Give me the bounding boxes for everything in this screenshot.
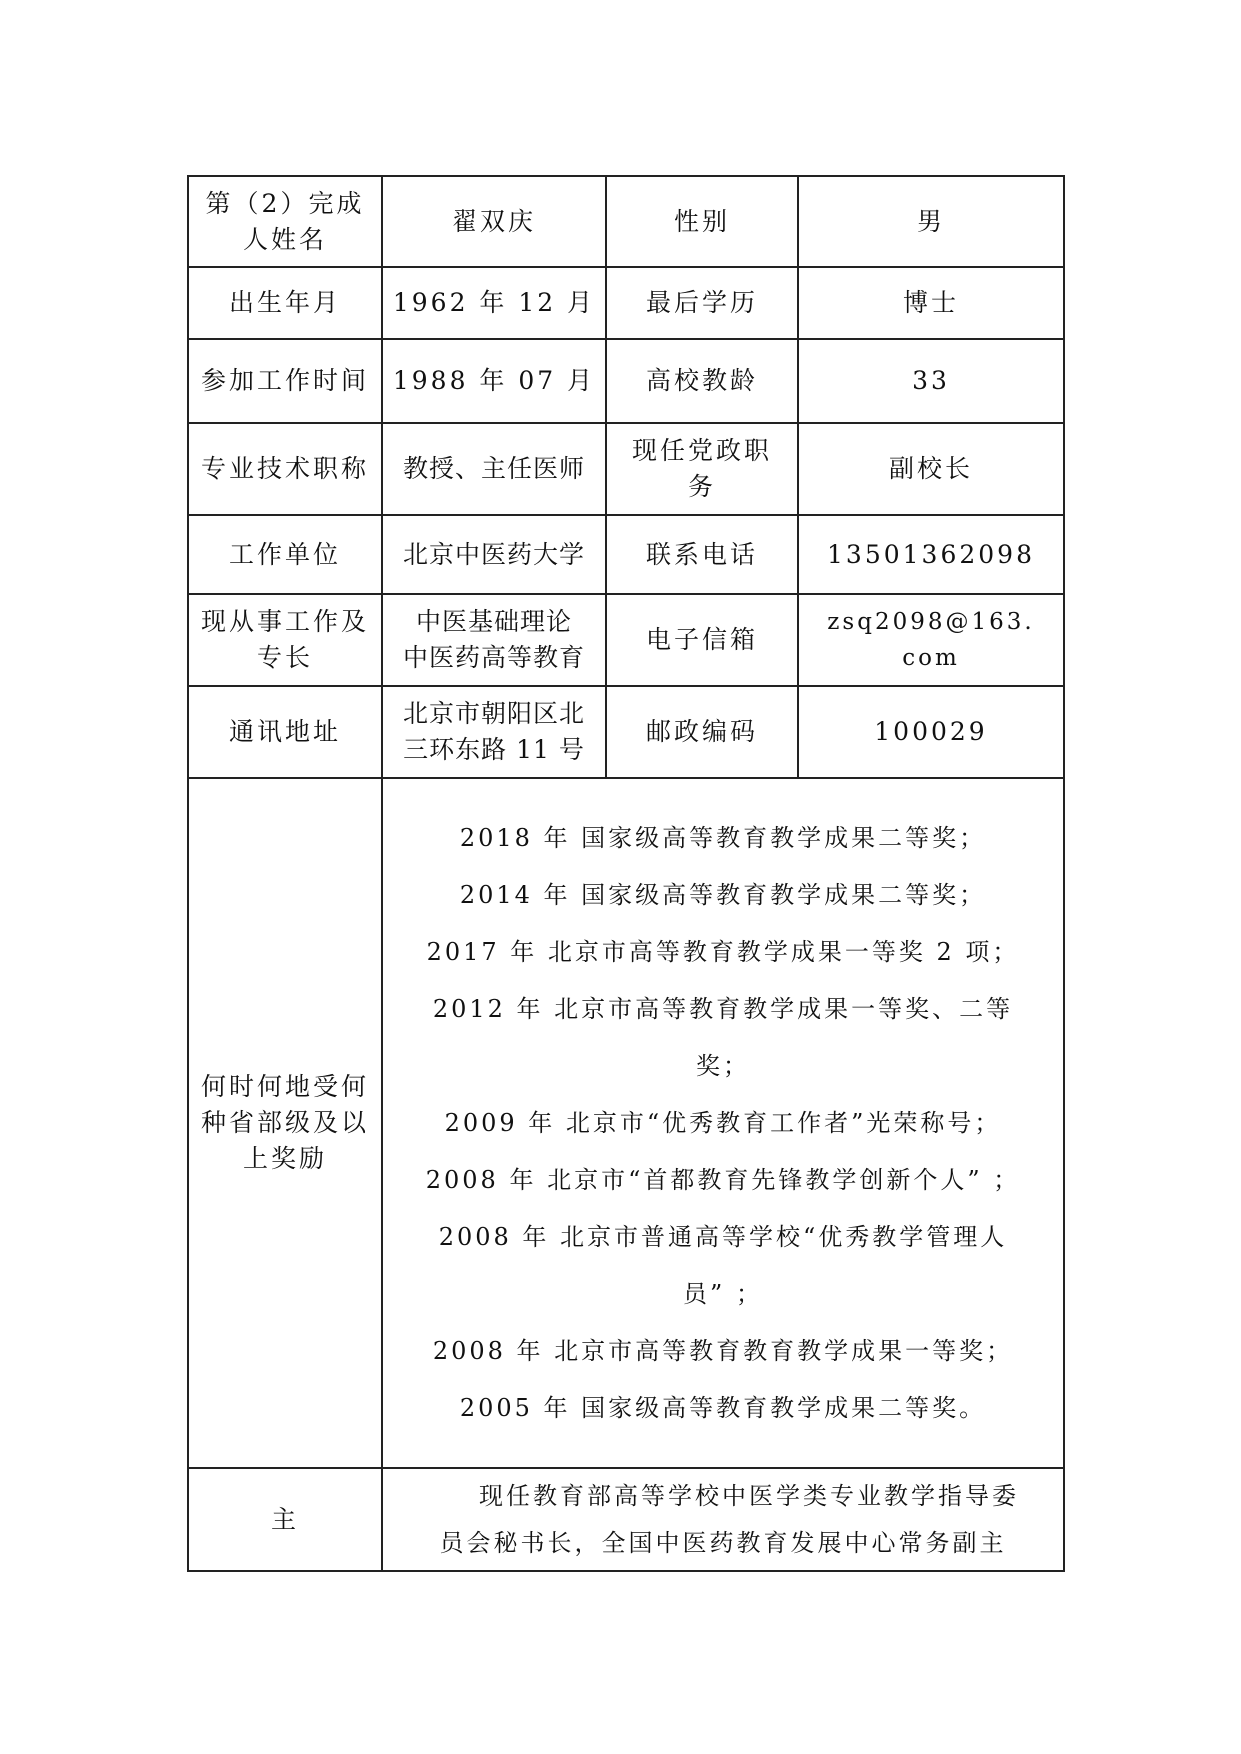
name-value: 翟双庆 (382, 176, 606, 267)
table-row: 参加工作时间 1988 年 07 月 高校教龄 33 (188, 339, 1064, 423)
award-item: 2008 年 北京市普通高等学校“优秀教学管理人 (389, 1209, 1057, 1266)
table-row: 主 现任教育部高等学校中医学类专业教学指导委 员会秘书长，全国中医药教育发展中心… (188, 1468, 1064, 1571)
award-item: 2008 年 北京市高等教育教育教学成果一等奖； (389, 1323, 1057, 1380)
gender-label: 性别 (606, 176, 798, 267)
teaching-years-value: 33 (798, 339, 1064, 423)
position-value: 副校长 (798, 423, 1064, 515)
work-start-value: 1988 年 07 月 (382, 339, 606, 423)
education-label: 最后学历 (606, 267, 798, 339)
award-item: 2017 年 北京市高等教育教学成果一等奖 2 项； (389, 924, 1057, 981)
table-row: 何时何地受何 种省部级及以 上奖励 2018 年 国家级高等教育教学成果二等奖；… (188, 778, 1064, 1468)
position-label-line: 务 (613, 469, 791, 505)
contributions-line: 现任教育部高等学校中医学类专业教学指导委 (389, 1473, 1057, 1520)
education-value: 博士 (798, 267, 1064, 339)
specialty-label-line: 现从事工作及 (195, 604, 375, 640)
teaching-years-label: 高校教龄 (606, 339, 798, 423)
award-item: 2008 年 北京市“首都教育先锋教学创新个人” ； (389, 1152, 1057, 1209)
name-label-line: 第（2）完成 (195, 186, 375, 222)
specialty-value-line: 中医基础理论 (389, 604, 599, 640)
table-row: 出生年月 1962 年 12 月 最后学历 博士 (188, 267, 1064, 339)
address-value: 北京市朝阳区北 三环东路 11 号 (382, 686, 606, 778)
email-value: zsq2098@163. com (798, 594, 1064, 686)
awards-label-line: 上奖励 (195, 1141, 375, 1177)
name-label: 第（2）完成 人姓名 (188, 176, 382, 267)
awards-label-line: 种省部级及以 (195, 1105, 375, 1141)
nominee-info-table: 第（2）完成 人姓名 翟双庆 性别 男 出生年月 1962 年 12 月 最后学… (187, 175, 1065, 1572)
table-row: 现从事工作及 专长 中医基础理论 中医药高等教育 电子信箱 zsq2098@16… (188, 594, 1064, 686)
awards-list: 2018 年 国家级高等教育教学成果二等奖； 2014 年 国家级高等教育教学成… (382, 778, 1064, 1468)
email-label: 电子信箱 (606, 594, 798, 686)
birth-date-value: 1962 年 12 月 (382, 267, 606, 339)
award-item: 2012 年 北京市高等教育教学成果一等奖、二等 (389, 981, 1057, 1038)
contributions-line: 员会秘书长，全国中医药教育发展中心常务副主 (389, 1520, 1057, 1567)
employer-value: 北京中医药大学 (382, 515, 606, 594)
table-row: 通讯地址 北京市朝阳区北 三环东路 11 号 邮政编码 100029 (188, 686, 1064, 778)
work-start-label: 参加工作时间 (188, 339, 382, 423)
contributions-text: 现任教育部高等学校中医学类专业教学指导委 员会秘书长，全国中医药教育发展中心常务… (382, 1468, 1064, 1571)
employer-label: 工作单位 (188, 515, 382, 594)
specialty-value: 中医基础理论 中医药高等教育 (382, 594, 606, 686)
address-value-line: 三环东路 11 号 (389, 732, 599, 768)
name-label-line: 人姓名 (195, 222, 375, 258)
contributions-label: 主 (188, 1468, 382, 1571)
address-label: 通讯地址 (188, 686, 382, 778)
specialty-value-line: 中医药高等教育 (389, 640, 599, 676)
gender-value: 男 (798, 176, 1064, 267)
title-label: 专业技术职称 (188, 423, 382, 515)
title-value: 教授、主任医师 (382, 423, 606, 515)
award-item-continuation: 奖； (389, 1038, 1057, 1095)
award-item: 2005 年 国家级高等教育教学成果二等奖。 (389, 1380, 1057, 1437)
table-row: 工作单位 北京中医药大学 联系电话 13501362098 (188, 515, 1064, 594)
table-row: 第（2）完成 人姓名 翟双庆 性别 男 (188, 176, 1064, 267)
awards-label-line: 何时何地受何 (195, 1069, 375, 1105)
postcode-value: 100029 (798, 686, 1064, 778)
position-label-line: 现任党政职 (613, 433, 791, 469)
address-value-line: 北京市朝阳区北 (389, 696, 599, 732)
award-item: 2018 年 国家级高等教育教学成果二等奖； (389, 810, 1057, 867)
document-page: 第（2）完成 人姓名 翟双庆 性别 男 出生年月 1962 年 12 月 最后学… (0, 0, 1241, 1754)
table-row: 专业技术职称 教授、主任医师 现任党政职 务 副校长 (188, 423, 1064, 515)
phone-value: 13501362098 (798, 515, 1064, 594)
award-item-continuation: 员” ； (389, 1266, 1057, 1323)
specialty-label: 现从事工作及 专长 (188, 594, 382, 686)
award-item: 2014 年 国家级高等教育教学成果二等奖； (389, 867, 1057, 924)
award-item: 2009 年 北京市“优秀教育工作者”光荣称号； (389, 1095, 1057, 1152)
birth-date-label: 出生年月 (188, 267, 382, 339)
awards-label: 何时何地受何 种省部级及以 上奖励 (188, 778, 382, 1468)
postcode-label: 邮政编码 (606, 686, 798, 778)
position-label: 现任党政职 务 (606, 423, 798, 515)
specialty-label-line: 专长 (195, 640, 375, 676)
phone-label: 联系电话 (606, 515, 798, 594)
